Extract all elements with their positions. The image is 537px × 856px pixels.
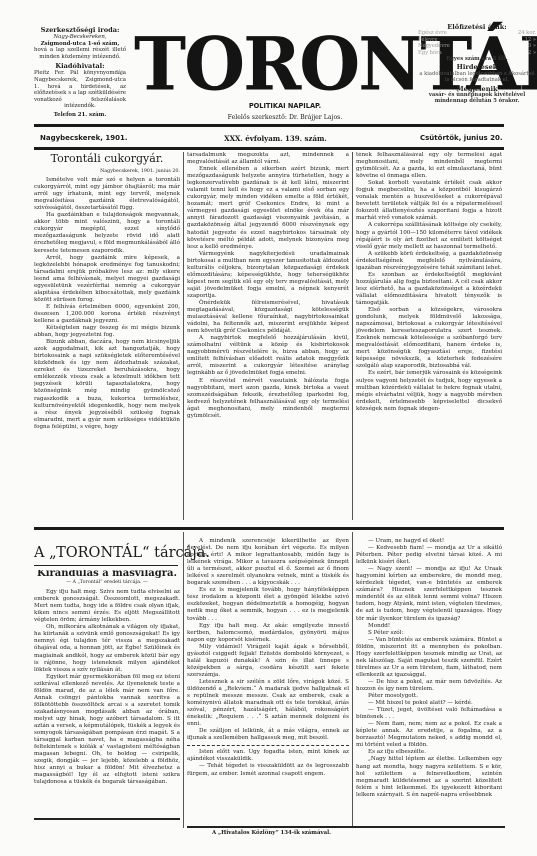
feuilleton-column-2: A mindenik szerencséje kikerülhette az i… (187, 538, 349, 828)
paragraph: Letesznek a sir szélén s zöld lőre, virá… (187, 679, 349, 728)
paragraph: Es szonban az érdekeltségtől megkivánt h… (356, 272, 502, 307)
paragraph: Oh, milkorára alkotnának a világon oly i… (34, 624, 180, 673)
paragraph: Első sorban a községekre, városokra gond… (356, 307, 502, 370)
price-value: 2 » (528, 50, 536, 56)
single-issue-price: Egyes szám ára 8 fill. (418, 56, 536, 62)
phone-number: Telefon 21. szám. (34, 112, 126, 119)
heading-rule (34, 565, 178, 566)
feuilleton-column-3: — Uram, ne hagyd el őket! — Kedvesebb fi… (356, 538, 502, 828)
volume-number: XXX. évfolyam. 139. szám. (188, 134, 363, 143)
article-column-3: tének felhasználásával egy oly termelési… (356, 152, 502, 520)
paragraph: A mindenik szerencséje kikerülhette az i… (187, 538, 349, 587)
column-divider (352, 532, 353, 828)
paragraph: — Tüzet, jeget, üvöltései való feltámadá… (356, 707, 502, 721)
appears-text: vasár- és ünnepnapok kivételével mindenn… (418, 92, 536, 105)
paragraph: Mily vidámiel! Virágzól kaját ágak s bőr… (187, 644, 349, 679)
article-column-2: társadalmunk megszokta azt, mindennek a … (187, 152, 349, 520)
paragraph: Mondd! (356, 623, 502, 630)
column-divider (183, 152, 184, 520)
paragraph: De szálljon el lelkünk, át a más világra… (187, 728, 349, 742)
paragraph: Sokat korholt vasutaink értékét csak akk… (356, 180, 502, 222)
feuilleton-column-1: Kirándulás a másvilágra. — A „Torontál“ … (34, 570, 180, 826)
publisher-text: Pleitz Fer. Pál könyvnyomdája Nagybecske… (34, 70, 126, 110)
supplement-note: A „Hivatalos Közlöny“ 134-ik számával. (212, 830, 331, 836)
office-heading: Szerkesztőségi iroda: (34, 26, 126, 34)
paragraph: — Nagy szent! — mondja az ifju! Az Uraak… (356, 566, 502, 622)
feuilleton-title: Kirándulás a másvilágra. (34, 570, 180, 577)
paragraph: S Péter szól: (356, 630, 502, 637)
section-rule (34, 527, 504, 530)
article-byline: Nagybecskerek, 1901. junius 20. (34, 168, 180, 175)
paragraph: — Van büntetés az emberek számára. Bünte… (356, 637, 502, 679)
column-divider (183, 532, 184, 828)
paragraph: — Nem fiam, nem; nem az a pokol. Ez csak… (356, 721, 502, 749)
paragraph: tének felhasználásával egy oly termelési… (356, 152, 502, 180)
paragraph: „Nagy hittel léptem az életbe. Lelkemben… (356, 756, 502, 798)
editorial-office-box: Szerkesztőségi iroda: Nagy-Becskereken, … (34, 26, 126, 119)
article-column-1: Torontáli cukorgyár. Nagybecskerek, 1901… (34, 152, 180, 520)
column-divider (352, 152, 353, 520)
paragraph: Es ez is megjelenik tovább, hogy hányfél… (187, 587, 349, 622)
place-year: Nagybecskerek, 1901. (40, 134, 128, 142)
paragraph: Ha gazdáinkban e tulajdonságok megvannak… (34, 212, 180, 254)
masthead-subtitle: POLITIKAI NAPILAP. (200, 102, 370, 110)
paragraph: Vármegyénk nagykiterjedésü uradalmainak … (187, 251, 349, 300)
paragraph: — Tehát tégedet is visszaküldött az ös l… (187, 763, 349, 777)
paragraph: Kétségtelen nagy összeg és mi mégis bizu… (34, 325, 180, 339)
section-separator (187, 745, 349, 746)
paragraph: Ismételve volt már szó e helyen a toront… (34, 177, 180, 212)
paragraph: társadalmunk megszokta azt, mindennek a … (187, 152, 349, 166)
paragraph: Bizunk abban, daczára, hogy nem kicsinye… (34, 339, 180, 431)
paragraph: A szükebb körü érdekeltség, a gazdaközön… (356, 251, 502, 272)
paragraph: Isten előtt van. Ugy fogadta isten, mint… (187, 749, 349, 763)
subscription-box: Előfizetési árak: Egész évre24 kor. Félé… (418, 24, 536, 105)
paragraph: Egy ifju halt meg. Szivs nem tudta elvis… (34, 589, 180, 624)
ads-text: a kiadóhivatalban legolcsóbban s Ákosárb… (418, 71, 536, 84)
paragraph: Arról, hogy gazdáink mire képesek, a leg… (34, 255, 180, 304)
price-label: Egy hóra (418, 50, 442, 56)
issue-date: Csütörtök, junius 20. (420, 134, 503, 142)
dateline-rule (34, 147, 504, 150)
column-end-rule (34, 818, 180, 820)
paragraph: E részvétel mérvét vasutaink hálózata fo… (187, 378, 349, 420)
paragraph: Ennek ellenében a sikerben azért bizunk,… (187, 166, 349, 251)
masthead-title: TORONTÁL (134, 20, 426, 108)
paragraph: Egyiket már gyermekkorában föl meg ez is… (34, 674, 180, 787)
editor-line: Felelős szerkesztő: Dr. Brájjer Lajos. (190, 114, 380, 121)
office-note: hová a lap szellemi részét illető minden… (34, 47, 126, 60)
paragraph: — Kedvesebb fiam! — mondja az Ur a sikát… (356, 545, 502, 566)
paragraph: E felhívás értelmében 6000, egyenként 20… (34, 304, 180, 325)
paragraph: Es ezért, bár ismerjük városaink és közs… (356, 370, 502, 412)
paragraph: — Uram, ne hagyd el őket! (356, 538, 502, 545)
feuilleton-subtitle: — A „Torontál“ eredeti tárcája. — (34, 579, 180, 586)
paragraph: A nagybirtok megfelelő hozzájárulásán ki… (187, 335, 349, 377)
office-sub: Nagy-Becskereken, (34, 34, 126, 41)
newspaper-page: Szerkesztőségi iroda: Nagy-Becskereken, … (0, 0, 537, 856)
paragraph: — De hisz a pokol, az már nem üdvözítés.… (356, 679, 502, 693)
paragraph: Egy ifju halt meg. Az akác emgilyezte in… (187, 623, 349, 644)
paragraph: Önérdekük félreismerésével, hivatásuk me… (187, 300, 349, 335)
article-title: Torontáli cukorgyár. (34, 152, 180, 166)
header-rule (34, 124, 504, 127)
paragraph: A cukorrépa szállitásának költsége oly c… (356, 222, 502, 250)
footer-rule (187, 826, 505, 828)
